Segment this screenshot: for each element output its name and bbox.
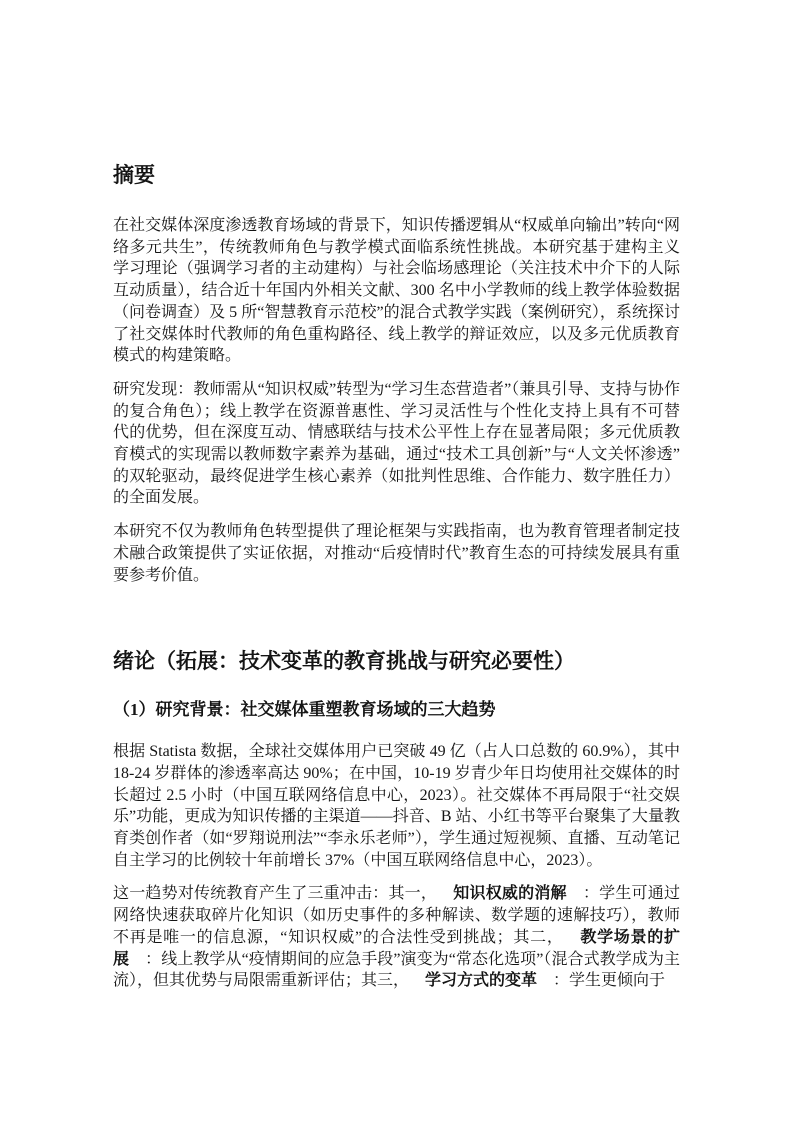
- bold-key-term: 学习方式的变革: [425, 972, 537, 989]
- text-run: ：学生更倾向于: [537, 972, 665, 989]
- abstract-paragraph-3: 本研究不仅为教师角色转型提供了理论框架与实践指南，也为教育管理者制定技术融合政策…: [113, 521, 680, 586]
- intro-subheading: （1）研究背景：社交媒体重塑教育场域的三大趋势: [113, 698, 680, 722]
- abstract-paragraph-1: 在社交媒体深度渗透教育场域的背景下，知识传播逻辑从“权威单向输出”转向“网络多元…: [113, 215, 680, 367]
- abstract-paragraph-2: 研究发现：教师需从“知识权威”转型为“学习生态营造者”（兼具引导、支持与协作的复…: [113, 379, 680, 509]
- intro-section-heading: 绪论（拓展：技术变革的教育挑战与研究必要性）: [113, 648, 680, 675]
- intro-paragraph-2: 这一趋势对传统教育产生了三重冲击：其一， 知识权威的消解 ：学生可通过网络快速获…: [113, 883, 680, 992]
- intro-paragraph-1: 根据 Statista 数据，全球社交媒体用户已突破 49 亿（占人口总数的 6…: [113, 741, 680, 871]
- abstract-title: 摘要: [113, 162, 680, 188]
- text-run: 这一趋势对传统教育产生了三重冲击：其一，: [113, 885, 453, 902]
- document-page: 摘要 在社交媒体深度渗透教育场域的背景下，知识传播逻辑从“权威单向输出”转向“网…: [0, 0, 793, 1122]
- bold-key-term: 知识权威的消解: [453, 885, 567, 902]
